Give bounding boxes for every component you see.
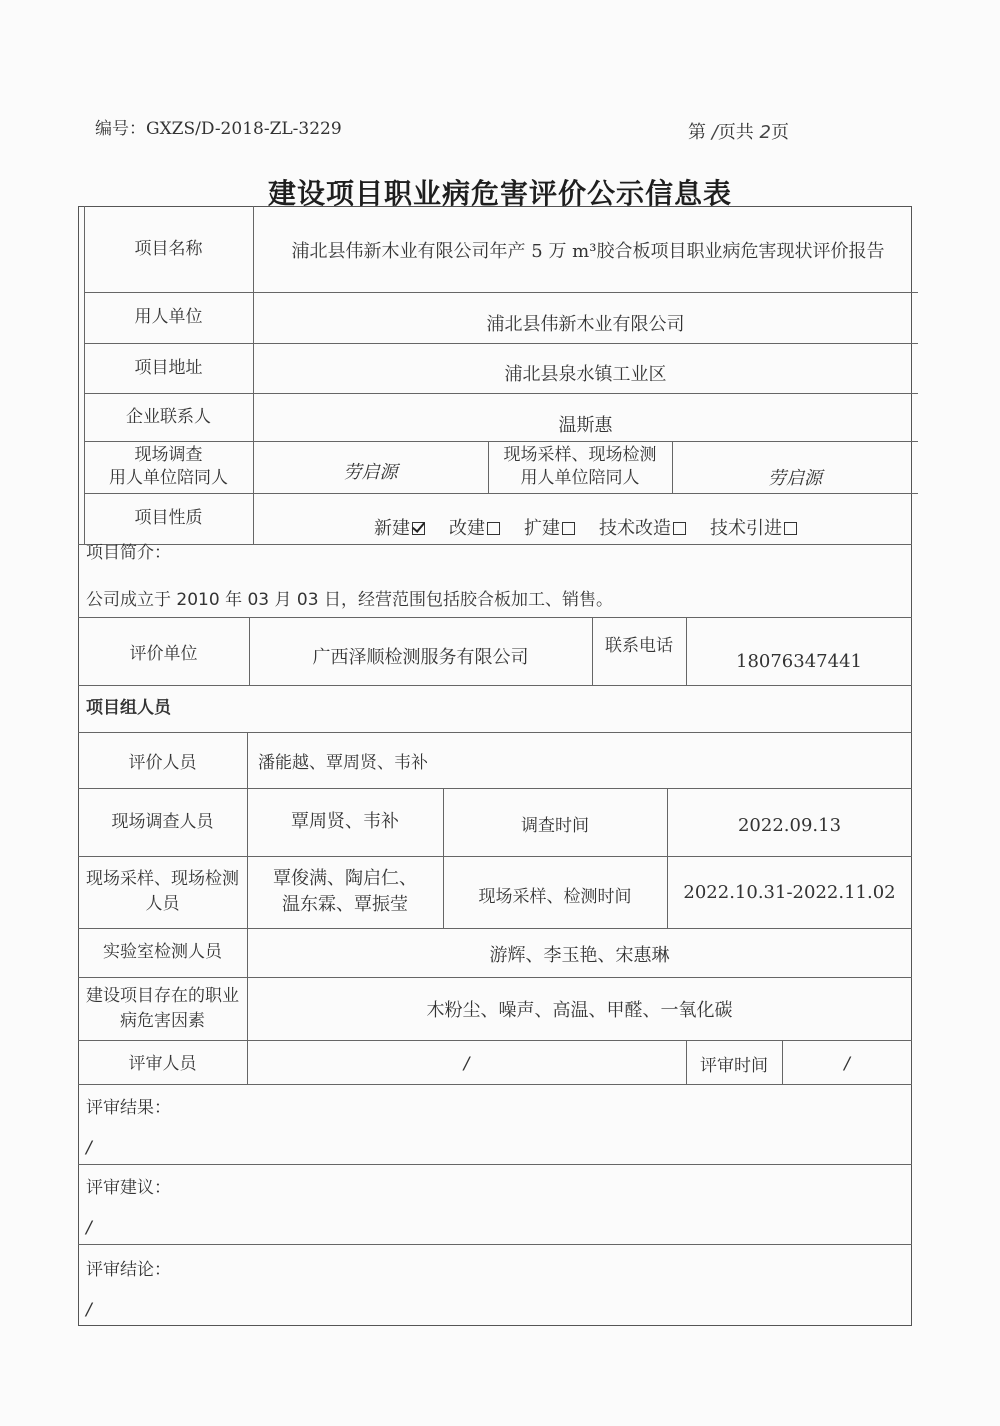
address-value: 浦北县泉水镇工业区	[253, 350, 918, 400]
page-suffix: 页	[771, 122, 789, 143]
option-label: 技术改造	[599, 518, 671, 539]
survey-time-value: 2022.09.13	[667, 792, 912, 860]
survey-escort-value: 劳启源	[253, 447, 488, 499]
sampling-staff-label: 现场采样、现场检测人员	[80, 856, 245, 928]
lab-staff-label: 实验室检测人员	[78, 928, 247, 977]
survey-staff-value: 覃周贤、韦补	[247, 788, 443, 856]
row-divider	[78, 1164, 912, 1165]
option-expansion[interactable]: 扩建	[524, 516, 575, 542]
phone-label: 联系电话	[592, 612, 686, 680]
phone-value: 18076347441	[686, 628, 912, 696]
sampling-escort-value: 劳启源	[672, 453, 918, 505]
review-advice-label: 评审建议：	[78, 1174, 171, 1202]
survey-escort-label: 现场调查 用人单位陪同人	[84, 441, 253, 493]
review-time-label: 评审时间	[686, 1044, 782, 1088]
page-info: 第 /页共 2页	[688, 118, 789, 144]
review-result-label: 评审结果：	[78, 1094, 171, 1122]
option-label: 新建	[374, 518, 410, 539]
page-prefix: 第	[688, 122, 706, 143]
option-label: 扩建	[524, 518, 560, 539]
option-label: 技术引进	[710, 518, 782, 539]
reviewers-value: /	[247, 1042, 686, 1086]
sampling-escort-label: 现场采样、现场检测 用人单位陪同人	[488, 441, 672, 493]
row-divider	[78, 617, 912, 618]
review-result-value: /	[78, 1134, 92, 1162]
sampling-time-value: 2022.10.31-2022.11.02	[667, 858, 912, 928]
hazards-value: 木粉尘、噪声、高温、甲醛、一氧化碳	[247, 980, 912, 1043]
hazards-label: 建设项目存在的职业病危害因素	[82, 977, 243, 1040]
checkbox-icon[interactable]	[784, 522, 797, 535]
page-mid: 页共	[718, 122, 754, 143]
survey-staff-label: 现场调查人员	[78, 788, 247, 856]
reviewers-label: 评审人员	[78, 1042, 247, 1086]
checkbox-icon[interactable]	[487, 522, 500, 535]
project-nature-label: 项目性质	[84, 493, 253, 544]
checkbox-checked-icon[interactable]	[412, 522, 425, 535]
team-section-header: 项目组人员	[78, 685, 171, 732]
review-advice-value: /	[78, 1214, 92, 1242]
assessors-value: 潘能越、覃周贤、韦补	[250, 735, 428, 791]
evaluator-value: 广西泽顺检测服务有限公司	[249, 624, 592, 692]
option-tech-import[interactable]: 技术引进	[710, 516, 797, 542]
project-name-value: 浦北县伟新木业有限公司年产 5 万 m³胶合板项目职业病危害现状评价报告	[258, 216, 918, 288]
project-name-label: 项目名称	[84, 206, 253, 292]
project-nature-options: 新建 改建 扩建 技术改造 技术引进	[253, 504, 918, 555]
option-rebuild[interactable]: 改建	[449, 516, 500, 542]
review-conclusion-label: 评审结论：	[78, 1256, 171, 1284]
review-conclusion-value: /	[78, 1296, 92, 1324]
option-new-build[interactable]: 新建	[374, 516, 425, 542]
sampling-staff-value: 覃俊满、陶启仁、温东霖、覃振莹	[247, 856, 443, 928]
option-tech-renovation[interactable]: 技术改造	[599, 516, 686, 542]
lab-staff-value: 游辉、李玉艳、宋惠琳	[247, 932, 912, 981]
employer-label: 用人单位	[84, 292, 253, 343]
intro-label: 项目简介：	[78, 540, 171, 566]
page-total: 2	[760, 122, 771, 143]
row-divider	[78, 1244, 912, 1245]
document-number: 编号：GXZS/D-2018-ZL-3229	[95, 114, 342, 139]
survey-time-label: 调查时间	[443, 792, 667, 860]
checkbox-icon[interactable]	[562, 522, 575, 535]
review-time-value: /	[782, 1042, 912, 1086]
employer-value: 浦北县伟新木业有限公司	[253, 300, 918, 351]
assessors-label: 评价人员	[78, 735, 247, 791]
evaluator-label: 评价单位	[78, 620, 249, 688]
intro-value: 公司成立于 2010 年 03 月 03 日，经营范围包括胶合板加工、销售。	[78, 586, 613, 614]
checkbox-icon[interactable]	[673, 522, 686, 535]
address-label: 项目地址	[84, 343, 253, 393]
sampling-time-label: 现场采样、检测时间	[443, 866, 667, 928]
contact-label: 企业联系人	[84, 393, 253, 441]
option-label: 改建	[449, 518, 485, 539]
row-divider	[78, 732, 912, 733]
